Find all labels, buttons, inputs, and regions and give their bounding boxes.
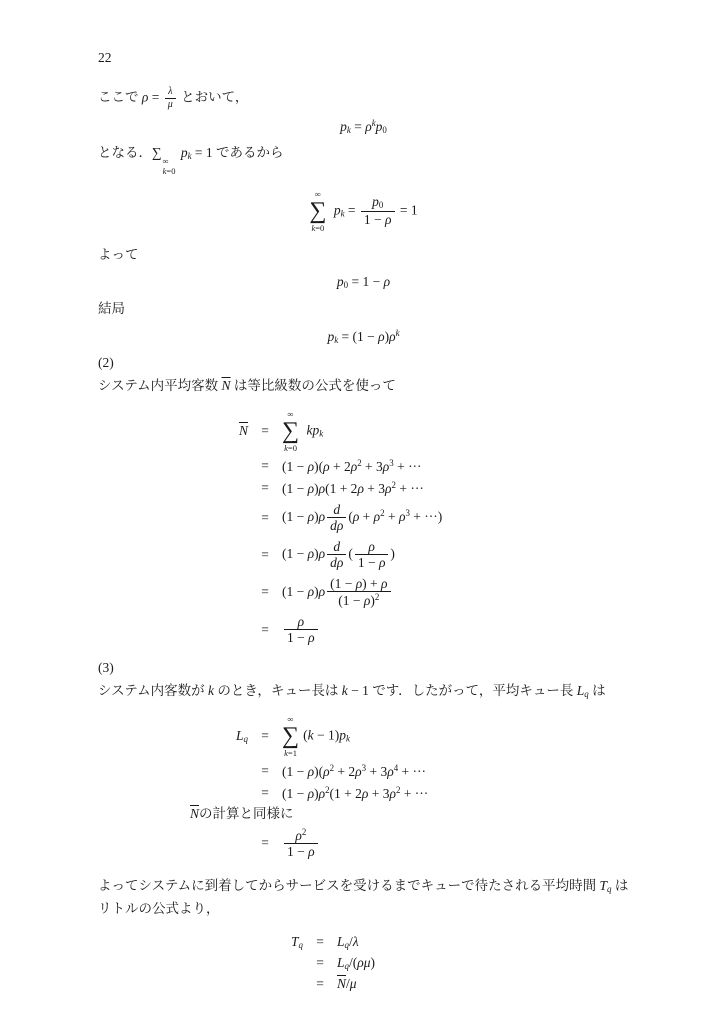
- summation-symbol: ∞∑k=0: [282, 409, 299, 453]
- paragraph-little-formula-line1: よってシステムに到着してからサービスを受けるまでキューで待たされる平均時間 Tq…: [98, 876, 669, 897]
- inline-sum-limits: ∞k=0: [163, 156, 176, 177]
- fraction: ddρ: [327, 539, 346, 571]
- paragraph-normalization: となる．∑∞k=0 pk = 1 であるから: [98, 143, 669, 177]
- note-same-as-N-calculation: Nの計算と同様に: [190, 804, 669, 825]
- equation-pk-rho-p0: pk = ρkp0: [98, 118, 629, 135]
- eq-rhs: (1 − ρ)(ρ + 2ρ2 + 3ρ3 + ···: [282, 458, 422, 475]
- eq-lhs: N: [239, 423, 248, 439]
- summation-symbol: ∞∑k=1: [282, 714, 299, 758]
- eq-rhs: (1 − ρ)ρ(1 + 2ρ + 3ρ2 + ···: [282, 480, 424, 497]
- summation-symbol: ∞∑k=0: [309, 189, 326, 233]
- eq-rhs: ρ21 − ρ: [282, 827, 320, 860]
- eq-rel: =: [261, 763, 269, 779]
- eq-rhs: (1 − ρ)ρ2(1 + 2ρ + 3ρ2 + ···: [282, 785, 428, 802]
- eq-rel: =: [261, 423, 269, 439]
- overline-bar: N: [337, 976, 346, 991]
- paragraph-kekkyoku: 結局: [98, 299, 669, 320]
- eq-rel: =: [316, 955, 324, 971]
- eq-rhs: ρ1 − ρ: [282, 614, 320, 646]
- eq-rel: =: [261, 622, 269, 638]
- equation-p0-result: p0 = 1 − ρ: [98, 274, 629, 290]
- equation-array-Lq: Lq=∞∑k=1(k − 1)pk=(1 − ρ)(ρ2 + 2ρ3 + 3ρ4…: [98, 714, 669, 802]
- fraction: p01 − ρ: [361, 194, 395, 227]
- eq-rhs: (1 − ρ)ρddρ(ρ + ρ2 + ρ3 + ···): [282, 502, 442, 534]
- fraction: ddρ: [327, 502, 346, 534]
- eq-rel: =: [316, 934, 324, 950]
- eq-rhs: (1 − ρ)(ρ2 + 2ρ3 + 3ρ4 + ···: [282, 763, 426, 780]
- page-number: 22: [98, 50, 669, 66]
- equation-sum-normalization: ∞∑k=0 pk = p01 − ρ = 1: [98, 189, 629, 233]
- overline-bar: N: [222, 378, 231, 393]
- eq-rhs: N/μ: [337, 976, 357, 992]
- eq-rel: =: [261, 835, 269, 851]
- paragraph-rho-definition: ここで ρ = λμ とおいて，: [98, 86, 669, 110]
- eq-rel: =: [261, 785, 269, 801]
- paragraph-queue-length: システム内客数が k のとき，キュー長は k − 1 です．したがって，平均キュ…: [98, 681, 669, 702]
- eq-rel: =: [261, 480, 269, 496]
- paragraph-little-formula-line2: リトルの公式より，: [98, 899, 669, 920]
- fraction: (1 − ρ) + ρ(1 − ρ)2: [327, 576, 390, 609]
- section-2-label: (2): [98, 353, 669, 374]
- eq-rel: =: [316, 976, 324, 992]
- eq-lhs: Tq: [291, 934, 303, 950]
- equation-array-mean-N: N=∞∑k=0 kpk=(1 − ρ)(ρ + 2ρ2 + 3ρ3 + ···=…: [98, 409, 669, 646]
- paragraph-mean-customers: システム内平均客数 N は等比級数の公式を使って: [98, 376, 669, 397]
- eq-rhs: ∞∑k=1(k − 1)pk: [282, 714, 350, 758]
- eq-rhs: Lq/λ: [337, 934, 359, 950]
- eq-rhs: (1 − ρ)ρddρ(ρ1 − ρ): [282, 539, 395, 571]
- eq-rel: =: [261, 510, 269, 526]
- eq-rhs: ∞∑k=0 kpk: [282, 409, 323, 453]
- fraction: ρ1 − ρ: [355, 539, 389, 571]
- overline-bar: N: [190, 806, 199, 821]
- eq-rhs: (1 − ρ)ρ(1 − ρ) + ρ(1 − ρ)2: [282, 576, 393, 609]
- overline-bar: N: [239, 423, 248, 438]
- fraction: ρ1 − ρ: [284, 614, 318, 646]
- eq-rhs: Lq/(ρμ): [337, 955, 375, 971]
- section-3-label: (3): [98, 658, 669, 679]
- equation-array-Lq-result: =ρ21 − ρ: [98, 827, 669, 860]
- equation-array-Tq: Tq=Lq/λ=Lq/(ρμ)=N/μ: [98, 934, 669, 992]
- eq-rel: =: [261, 458, 269, 474]
- document-page: 22 ここで ρ = λμ とおいて， pk = ρkp0 となる．∑∞k=0 …: [0, 0, 725, 1024]
- eq-rel: =: [261, 584, 269, 600]
- equation-pk-final: pk = (1 − ρ)ρk: [98, 328, 629, 345]
- fraction: ρ21 − ρ: [284, 827, 318, 860]
- eq-rel: =: [261, 547, 269, 563]
- fraction: λμ: [165, 86, 176, 110]
- eq-rel: =: [261, 728, 269, 744]
- paragraph-yotte: よって: [98, 245, 669, 266]
- eq-lhs: Lq: [236, 728, 248, 744]
